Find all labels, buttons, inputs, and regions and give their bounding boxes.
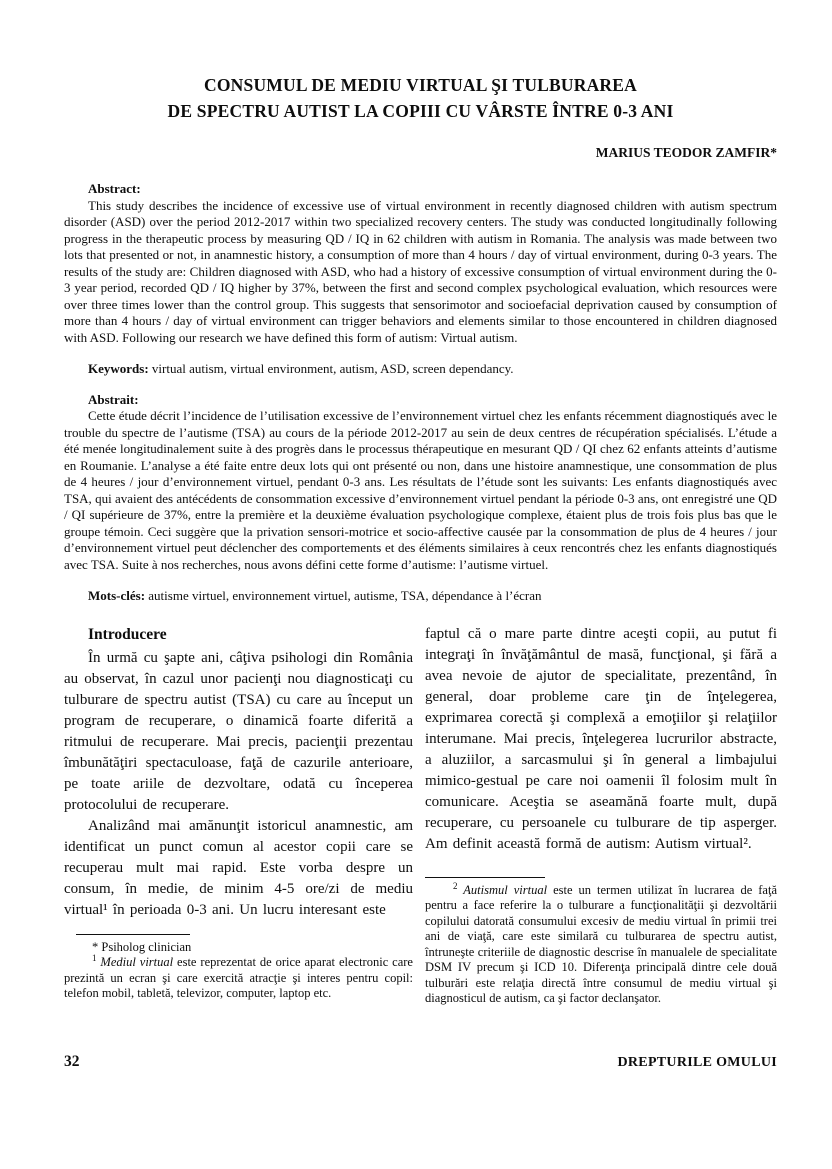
mots-cles-label: Mots-clés:: [88, 588, 145, 603]
abstrait-heading: Abstrait:: [64, 392, 777, 409]
section-heading-introducere: Introducere: [64, 624, 413, 646]
article-title-line2: DE SPECTRU AUTIST LA COPIII CU VÂRSTE ÎN…: [64, 98, 777, 124]
footnote-2-text: este un termen utilizat în lucrarea de f…: [425, 883, 777, 1006]
right-column-text: faptul că o mare parte dintre aceşti cop…: [425, 624, 777, 855]
left-footnotes: * Psiholog clinician 1 Mediul virtual es…: [64, 934, 413, 1002]
paragraph: În urmă cu şapte ani, câţiva psihologi d…: [64, 648, 413, 816]
keywords-text: virtual autism, virtual environment, aut…: [149, 361, 514, 376]
author-name: MARIUS TEODOR ZAMFIR*: [64, 145, 777, 161]
article-title: CONSUMUL DE MEDIU VIRTUAL ŞI TULBURAREA …: [64, 72, 777, 124]
footnote-2-term: Autismul virtual: [458, 883, 548, 897]
abstract-english: Abstract: This study describes the incid…: [64, 181, 777, 346]
paragraph: Analizând mai amănunţit istoricul anamne…: [64, 816, 413, 921]
keywords-label: Keywords:: [88, 361, 149, 376]
footnote-star: * Psiholog clinician: [64, 940, 413, 956]
keywords-line: Keywords: virtual autism, virtual enviro…: [64, 361, 777, 378]
two-column-body: Introducere În urmă cu şapte ani, câţiva…: [64, 624, 777, 1022]
abstract-heading: Abstract:: [64, 181, 777, 198]
footnote-2: 2 Autismul virtual este un termen utiliz…: [425, 883, 777, 1007]
footnote-separator: [76, 934, 190, 935]
page-number: 32: [64, 1053, 80, 1071]
footnote-separator: [425, 877, 545, 878]
footnote-1: 1 Mediul virtual este reprezentat de ori…: [64, 955, 413, 1002]
left-column: Introducere În urmă cu şapte ani, câţiva…: [64, 624, 413, 1022]
journal-name: DREPTURILE OMULUI: [617, 1055, 777, 1071]
abstract-body: This study describes the incidence of ex…: [64, 198, 777, 347]
article-page: CONSUMUL DE MEDIU VIRTUAL ŞI TULBURAREA …: [0, 0, 832, 1169]
right-column: faptul că o mare parte dintre aceşti cop…: [425, 624, 777, 1022]
paragraph: faptul că o mare parte dintre aceşti cop…: [425, 624, 777, 855]
left-column-text: În urmă cu şapte ani, câţiva psihologi d…: [64, 648, 413, 921]
right-footnotes: 2 Autismul virtual este un termen utiliz…: [425, 877, 777, 1007]
mots-cles-text: autisme virtuel, environnement virtuel, …: [145, 588, 542, 603]
article-title-line1: CONSUMUL DE MEDIU VIRTUAL ŞI TULBURAREA: [64, 72, 777, 98]
abstract-french: Abstrait: Cette étude décrit l’incidence…: [64, 392, 777, 574]
footnote-1-term: Mediul virtual: [97, 955, 174, 969]
page-footer: 32 DREPTURILE OMULUI: [64, 1053, 777, 1071]
abstrait-body: Cette étude décrit l’incidence de l’util…: [64, 408, 777, 573]
mots-cles-line: Mots-clés: autisme virtuel, environnemen…: [64, 588, 777, 605]
